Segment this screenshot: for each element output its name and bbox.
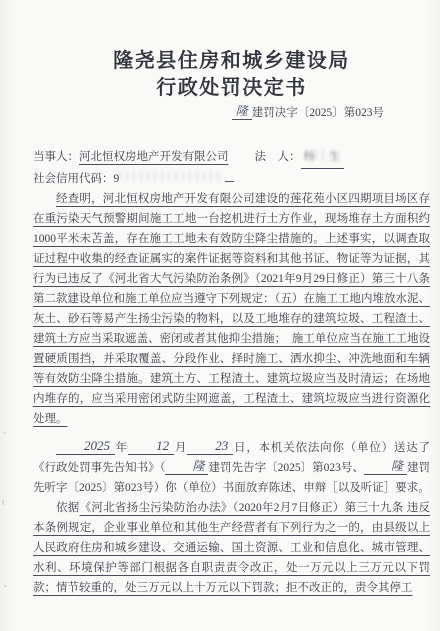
document-number-text: 建罚决字〔2025〕第023号 [252, 107, 384, 119]
legal-basis-text: 《河北省扬尘污染防治办法》（2020年2月7日修正）第三十九条 违反本条例规定，… [33, 502, 430, 594]
notice-paragraph: 2025年12月23日，本机关依法向你（单位）送达了《行政处罚事先告知书》（隆建… [33, 438, 430, 498]
scan-artifact [3, 432, 6, 434]
party-label: 当事人： [33, 151, 79, 163]
legal-rep-name-redacted: 杨生 [301, 147, 344, 169]
handwritten-month: 12 [128, 439, 174, 455]
handwritten-fill-2: 隆 [364, 459, 407, 475]
credit-code-label: 社会信用代码： [33, 173, 114, 185]
scan-artifact [2, 500, 4, 505]
legal-rep-last-char: 生 [329, 151, 341, 163]
party-line: 当事人：河北恒权房地产开发有限公司法 人：杨生 [33, 147, 430, 169]
document-number-fill: 隆 [232, 104, 252, 120]
redaction-smudge [315, 150, 329, 160]
facts-paragraph: 经查明，河北恒权房地产开发有限公司建设的莲花苑小区四期项目场区存在重污染天气预警… [33, 189, 430, 429]
document-number: 隆建罚决字〔2025〕第023号 [33, 105, 430, 121]
notice-segment-2: 建罚先告字〔2025〕第023号、 [208, 462, 363, 474]
issuing-authority-title: 隆尧县住房和城乡建设局 [33, 48, 430, 75]
facts-text: 经查明，河北恒权房地产开发有限公司建设的莲花苑小区四期项目场区存在重污染天气预警… [33, 193, 430, 425]
legal-basis-prefix: 依据 [56, 502, 80, 514]
credit-code-line: 社会信用代码：9 [33, 169, 430, 189]
handwritten-year: 2025 [56, 439, 115, 455]
legal-basis-paragraph: 依据《河北省扬尘污染防治办法》（2020年2月7日修正）第三十九条 违反本条例规… [33, 498, 430, 598]
month-unit: 月 [174, 442, 187, 454]
document-page: 隆尧县住房和城乡建设局 行政处罚决定书 隆建罚决字〔2025〕第023号 当事人… [0, 0, 440, 631]
legal-rep-label: 法 人： [255, 151, 301, 163]
credit-code-underline-tick [225, 181, 234, 182]
handwritten-fill-1: 隆 [165, 459, 208, 475]
document-type-title: 行政处罚决定书 [33, 75, 430, 102]
handwritten-day: 23 [187, 439, 233, 455]
legal-rep-first-char: 杨 [304, 151, 316, 163]
year-unit: 年 [115, 442, 128, 454]
scan-artifact [4, 585, 7, 587]
document-header: 隆尧县住房和城乡建设局 行政处罚决定书 [33, 48, 430, 102]
party-company-name: 河北恒权房地产开发有限公司 [79, 151, 229, 163]
redaction-smudge [119, 172, 223, 181]
